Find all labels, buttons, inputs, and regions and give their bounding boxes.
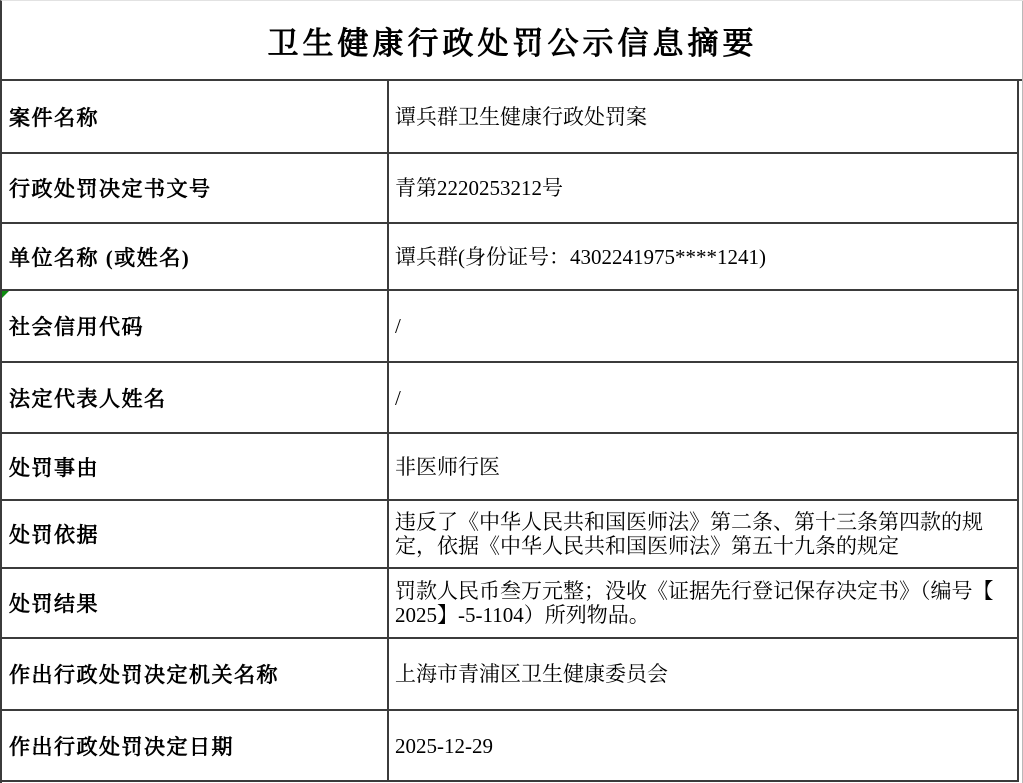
table-row: 行政处罚决定书文号 青第2220253212号	[2, 154, 1017, 224]
row-label-credit-code: 社会信用代码	[2, 291, 389, 361]
row-value-decision-doc-number: 青第2220253212号	[389, 154, 1017, 222]
page-title: 卫生健康行政处罚公示信息摘要	[268, 18, 758, 63]
table-row: 处罚依据 违反了《中华人民共和国医师法》第二条、第十三条第四款的规 定，依据《中…	[2, 501, 1017, 569]
row-value-penalty-result: 罚款人民币叁万元整；没收《证据先行登记保存决定书》（编号【 2025】-5-11…	[389, 569, 1017, 637]
table-row: 案件名称 谭兵群卫生健康行政处罚案	[2, 81, 1017, 154]
row-label-case-name: 案件名称	[2, 81, 389, 152]
row-value-case-name: 谭兵群卫生健康行政处罚案	[389, 81, 1017, 152]
row-label-decision-doc-number: 行政处罚决定书文号	[2, 154, 389, 222]
table-row: 法定代表人姓名 /	[2, 363, 1017, 434]
cell-corner-marker	[2, 291, 9, 298]
row-value-unit-name: 谭兵群(身份证号：4302241975****1241)	[389, 224, 1017, 289]
row-label-penalty-reason: 处罚事由	[2, 434, 389, 499]
title-row: 卫生健康行政处罚公示信息摘要	[2, 1, 1023, 81]
row-label-decision-date: 作出行政处罚决定日期	[2, 711, 389, 780]
table-row: 单位名称 (或姓名) 谭兵群(身份证号：4302241975****1241)	[2, 224, 1017, 291]
table-row: 处罚结果 罚款人民币叁万元整；没收《证据先行登记保存决定书》（编号【 2025】…	[2, 569, 1017, 639]
table-row: 作出行政处罚决定机关名称 上海市青浦区卫生健康委员会	[2, 639, 1017, 711]
row-label-legal-representative: 法定代表人姓名	[2, 363, 389, 432]
penalty-disclosure-sheet: 卫生健康行政处罚公示信息摘要 案件名称 谭兵群卫生健康行政处罚案 行政处罚决定书…	[0, 0, 1023, 783]
table-row: 处罚事由 非医师行医	[2, 434, 1017, 501]
row-label-penalty-result: 处罚结果	[2, 569, 389, 637]
row-value-penalty-reason: 非医师行医	[389, 434, 1017, 499]
row-value-decision-date: 2025-12-29	[389, 711, 1017, 780]
penalty-table: 案件名称 谭兵群卫生健康行政处罚案 行政处罚决定书文号 青第2220253212…	[2, 81, 1019, 782]
row-label-decision-authority: 作出行政处罚决定机关名称	[2, 639, 389, 709]
table-row: 作出行政处罚决定日期 2025-12-29	[2, 711, 1017, 782]
row-label-penalty-basis: 处罚依据	[2, 501, 389, 567]
row-value-penalty-basis: 违反了《中华人民共和国医师法》第二条、第十三条第四款的规 定，依据《中华人民共和…	[389, 501, 1017, 567]
row-label-unit-name: 单位名称 (或姓名)	[2, 224, 389, 289]
row-value-credit-code: /	[389, 291, 1017, 361]
table-row: 社会信用代码 /	[2, 291, 1017, 363]
row-value-decision-authority: 上海市青浦区卫生健康委员会	[389, 639, 1017, 709]
row-value-legal-representative: /	[389, 363, 1017, 432]
